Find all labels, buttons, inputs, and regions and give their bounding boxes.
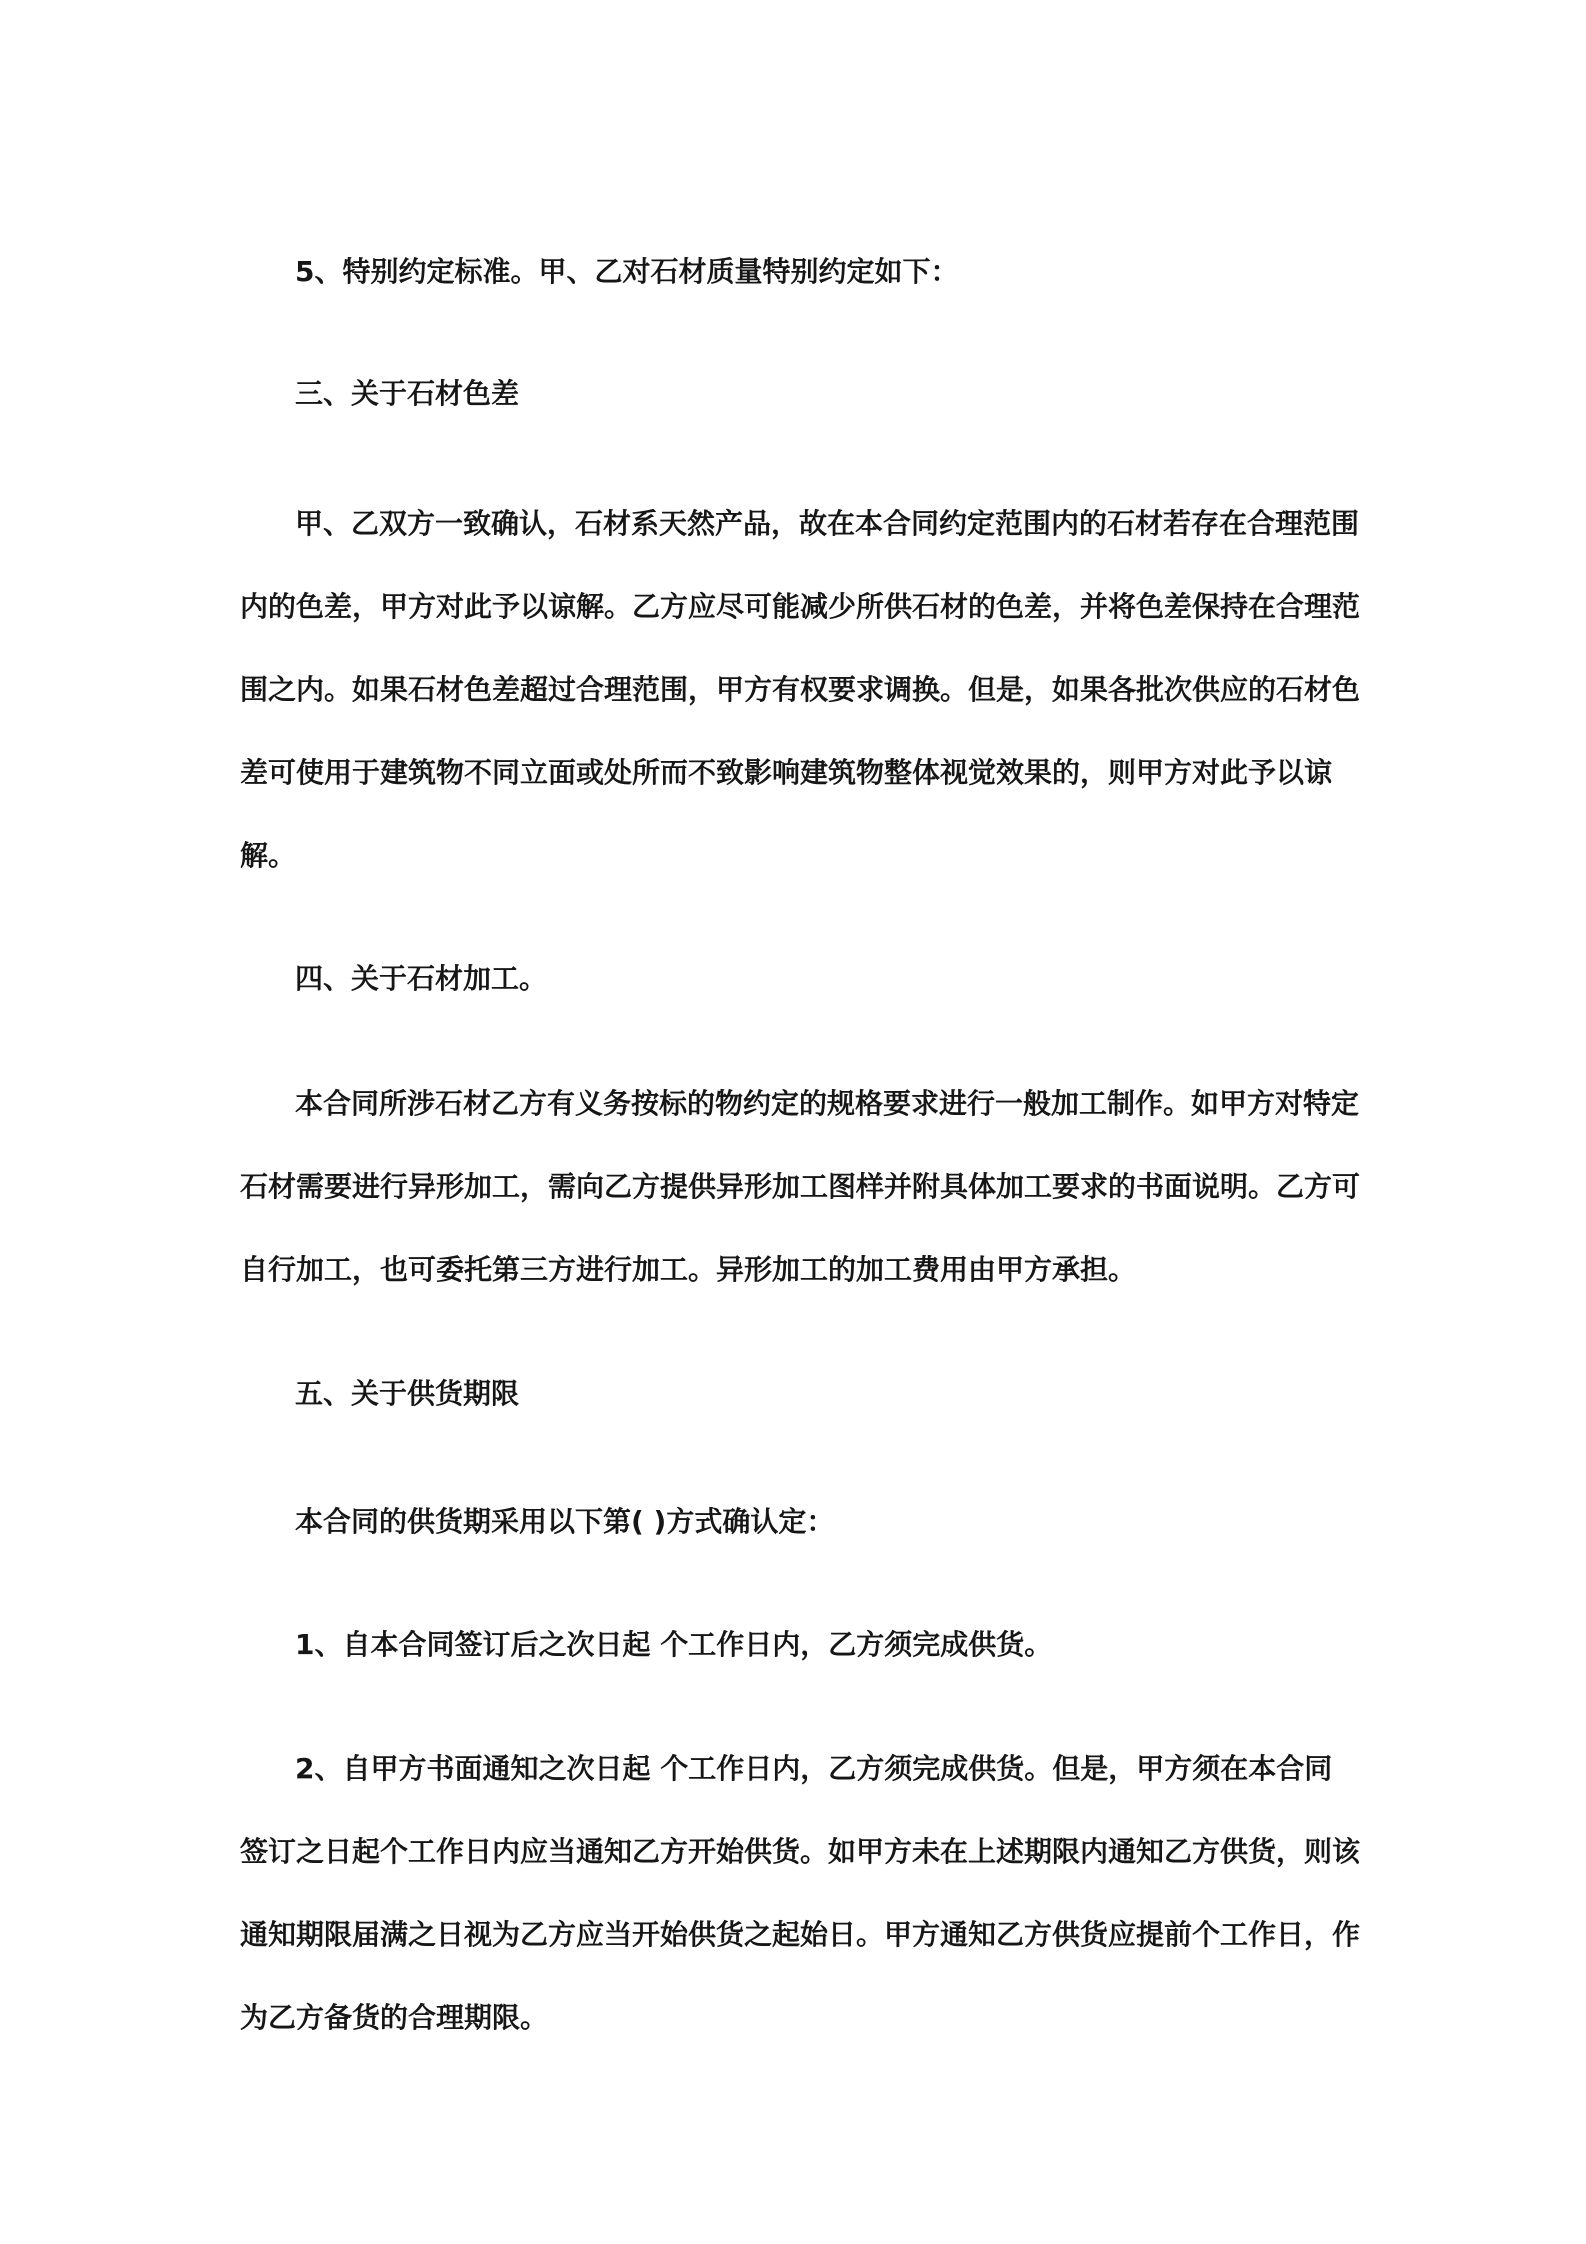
paragraph-line: 甲、乙双方一致确认，石材系天然产品，故在本合同约定范围内的石材若存在合理范围 — [295, 507, 1415, 541]
paragraph-line: 本合同的供货期采用以下第( )方式确认定： — [295, 1505, 1415, 1539]
paragraph-line: 石材需要进行异形加工，需向乙方提供异形加工图样并附具体加工要求的书面说明。乙方可 — [240, 1170, 1360, 1204]
section-heading-3: 三、关于石材色差 — [295, 377, 1415, 411]
clause-line: 5、特别约定标准。甲、乙对石材质量特别约定如下： — [295, 255, 1415, 289]
paragraph-line: 差可使用于建筑物不同立面或处所而不致影响建筑物整体视觉效果的，则甲方对此予以谅 — [240, 756, 1360, 790]
list-item-2: 2、自甲方书面通知之次日起 个工作日内，乙方须完成供货。但是，甲方须在本合同 — [295, 1752, 1415, 1786]
paragraph-line: 围之内。如果石材色差超过合理范围，甲方有权要求调换。但是，如果各批次供应的石材色 — [240, 673, 1360, 707]
paragraph-line: 通知期限届满之日视为乙方应当开始供货之起始日。甲方通知乙方供货应提前个工作日，作 — [240, 1918, 1360, 1952]
paragraph-line: 解。 — [240, 839, 1360, 873]
paragraph-line: 内的色差，甲方对此予以谅解。乙方应尽可能减少所供石材的色差，并将色差保持在合理范 — [240, 590, 1360, 624]
paragraph-line: 本合同所涉石材乙方有义务按标的物约定的规格要求进行一般加工制作。如甲方对特定 — [295, 1087, 1415, 1121]
document-page: 5、特别约定标准。甲、乙对石材质量特别约定如下： 三、关于石材色差 甲、乙双方一… — [0, 0, 1586, 2244]
section-heading-4: 四、关于石材加工。 — [295, 962, 1415, 996]
section-heading-5: 五、关于供货期限 — [295, 1377, 1415, 1411]
list-item-1: 1、自本合同签订后之次日起 个工作日内，乙方须完成供货。 — [295, 1628, 1415, 1662]
paragraph-line: 签订之日起个工作日内应当通知乙方开始供货。如甲方未在上述期限内通知乙方供货，则该 — [240, 1835, 1360, 1869]
paragraph-line: 为乙方备货的合理期限。 — [240, 2001, 1360, 2035]
paragraph-line: 自行加工，也可委托第三方进行加工。异形加工的加工费用由甲方承担。 — [240, 1253, 1360, 1287]
